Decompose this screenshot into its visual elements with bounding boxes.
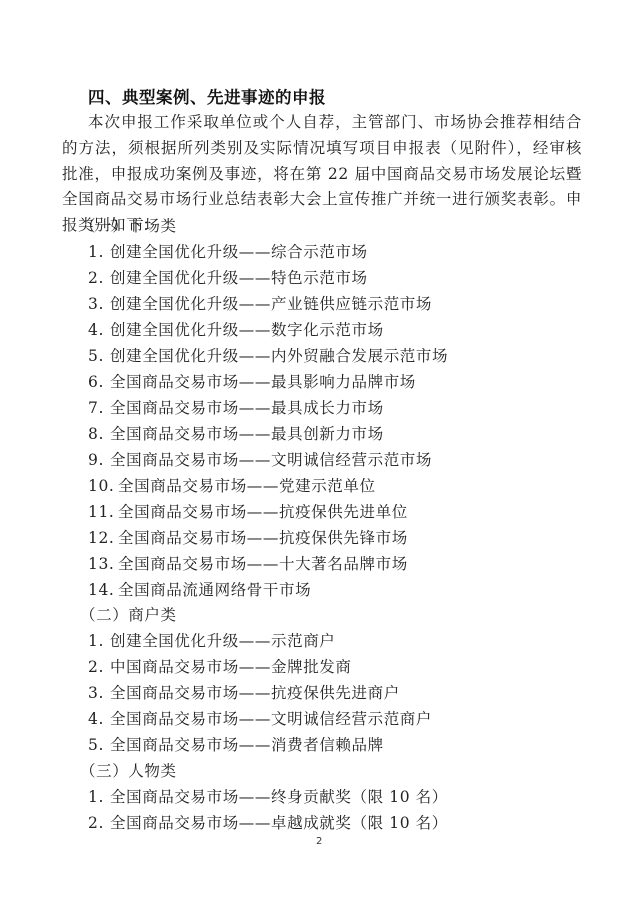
list-item: 5.全国商品交易市场——消费者信赖品牌 [88,733,384,755]
list-item: 10.全国商品交易市场——党建示范单位 [88,474,376,496]
list-item: 5.创建全国优化升级——内外贸融合发展示范市场 [88,344,448,366]
list-item: 14.全国商品流通网络骨干市场 [88,578,311,600]
list-item: 11.全国商品交易市场——抗疫保供先进单位 [88,500,408,522]
list-item: 8.全国商品交易市场——最具创新力市场 [88,422,384,444]
category-title-people: （三）人物类 [80,759,177,781]
list-item: 1.创建全国优化升级——示范商户 [88,629,335,651]
list-item: 2.全国商品交易市场——卓越成就奖（限 10 名） [88,811,448,833]
list-item: 4.创建全国优化升级——数字化示范市场 [88,318,384,340]
list-item: 7.全国商品交易市场——最具成长力市场 [88,396,384,418]
list-item: 9.全国商品交易市场——文明诚信经营示范市场 [88,448,432,470]
list-item: 4.全国商品交易市场——文明诚信经营示范商户 [88,707,432,729]
list-item: 2.中国商品交易市场——金牌批发商 [88,655,352,677]
page-number: 2 [316,836,322,847]
category-title-merchant: （二）商户类 [80,603,177,625]
list-item: 13.全国商品交易市场——十大著名品牌市场 [88,552,408,574]
section-heading: 四、典型案例、先进事迹的申报 [88,84,326,108]
list-item: 1.全国商品交易市场——终身贡献奖（限 10 名） [88,785,448,807]
category-title-market: （一）市场类 [80,214,177,236]
document-page: 四、典型案例、先进事迹的申报 本次申报工作采取单位或个人自荐，主管部门、市场协会… [0,0,640,905]
list-item: 3.创建全国优化升级——产业链供应链示范市场 [88,292,432,314]
list-item: 12.全国商品交易市场——抗疫保供先锋市场 [88,526,408,548]
list-item: 6.全国商品交易市场——最具影响力品牌市场 [88,370,416,392]
list-item: 1.创建全国优化升级——综合示范市场 [88,240,368,262]
list-item: 3.全国商品交易市场——抗疫保供先进商户 [88,681,400,703]
list-item: 2.创建全国优化升级——特色示范市场 [88,266,368,288]
